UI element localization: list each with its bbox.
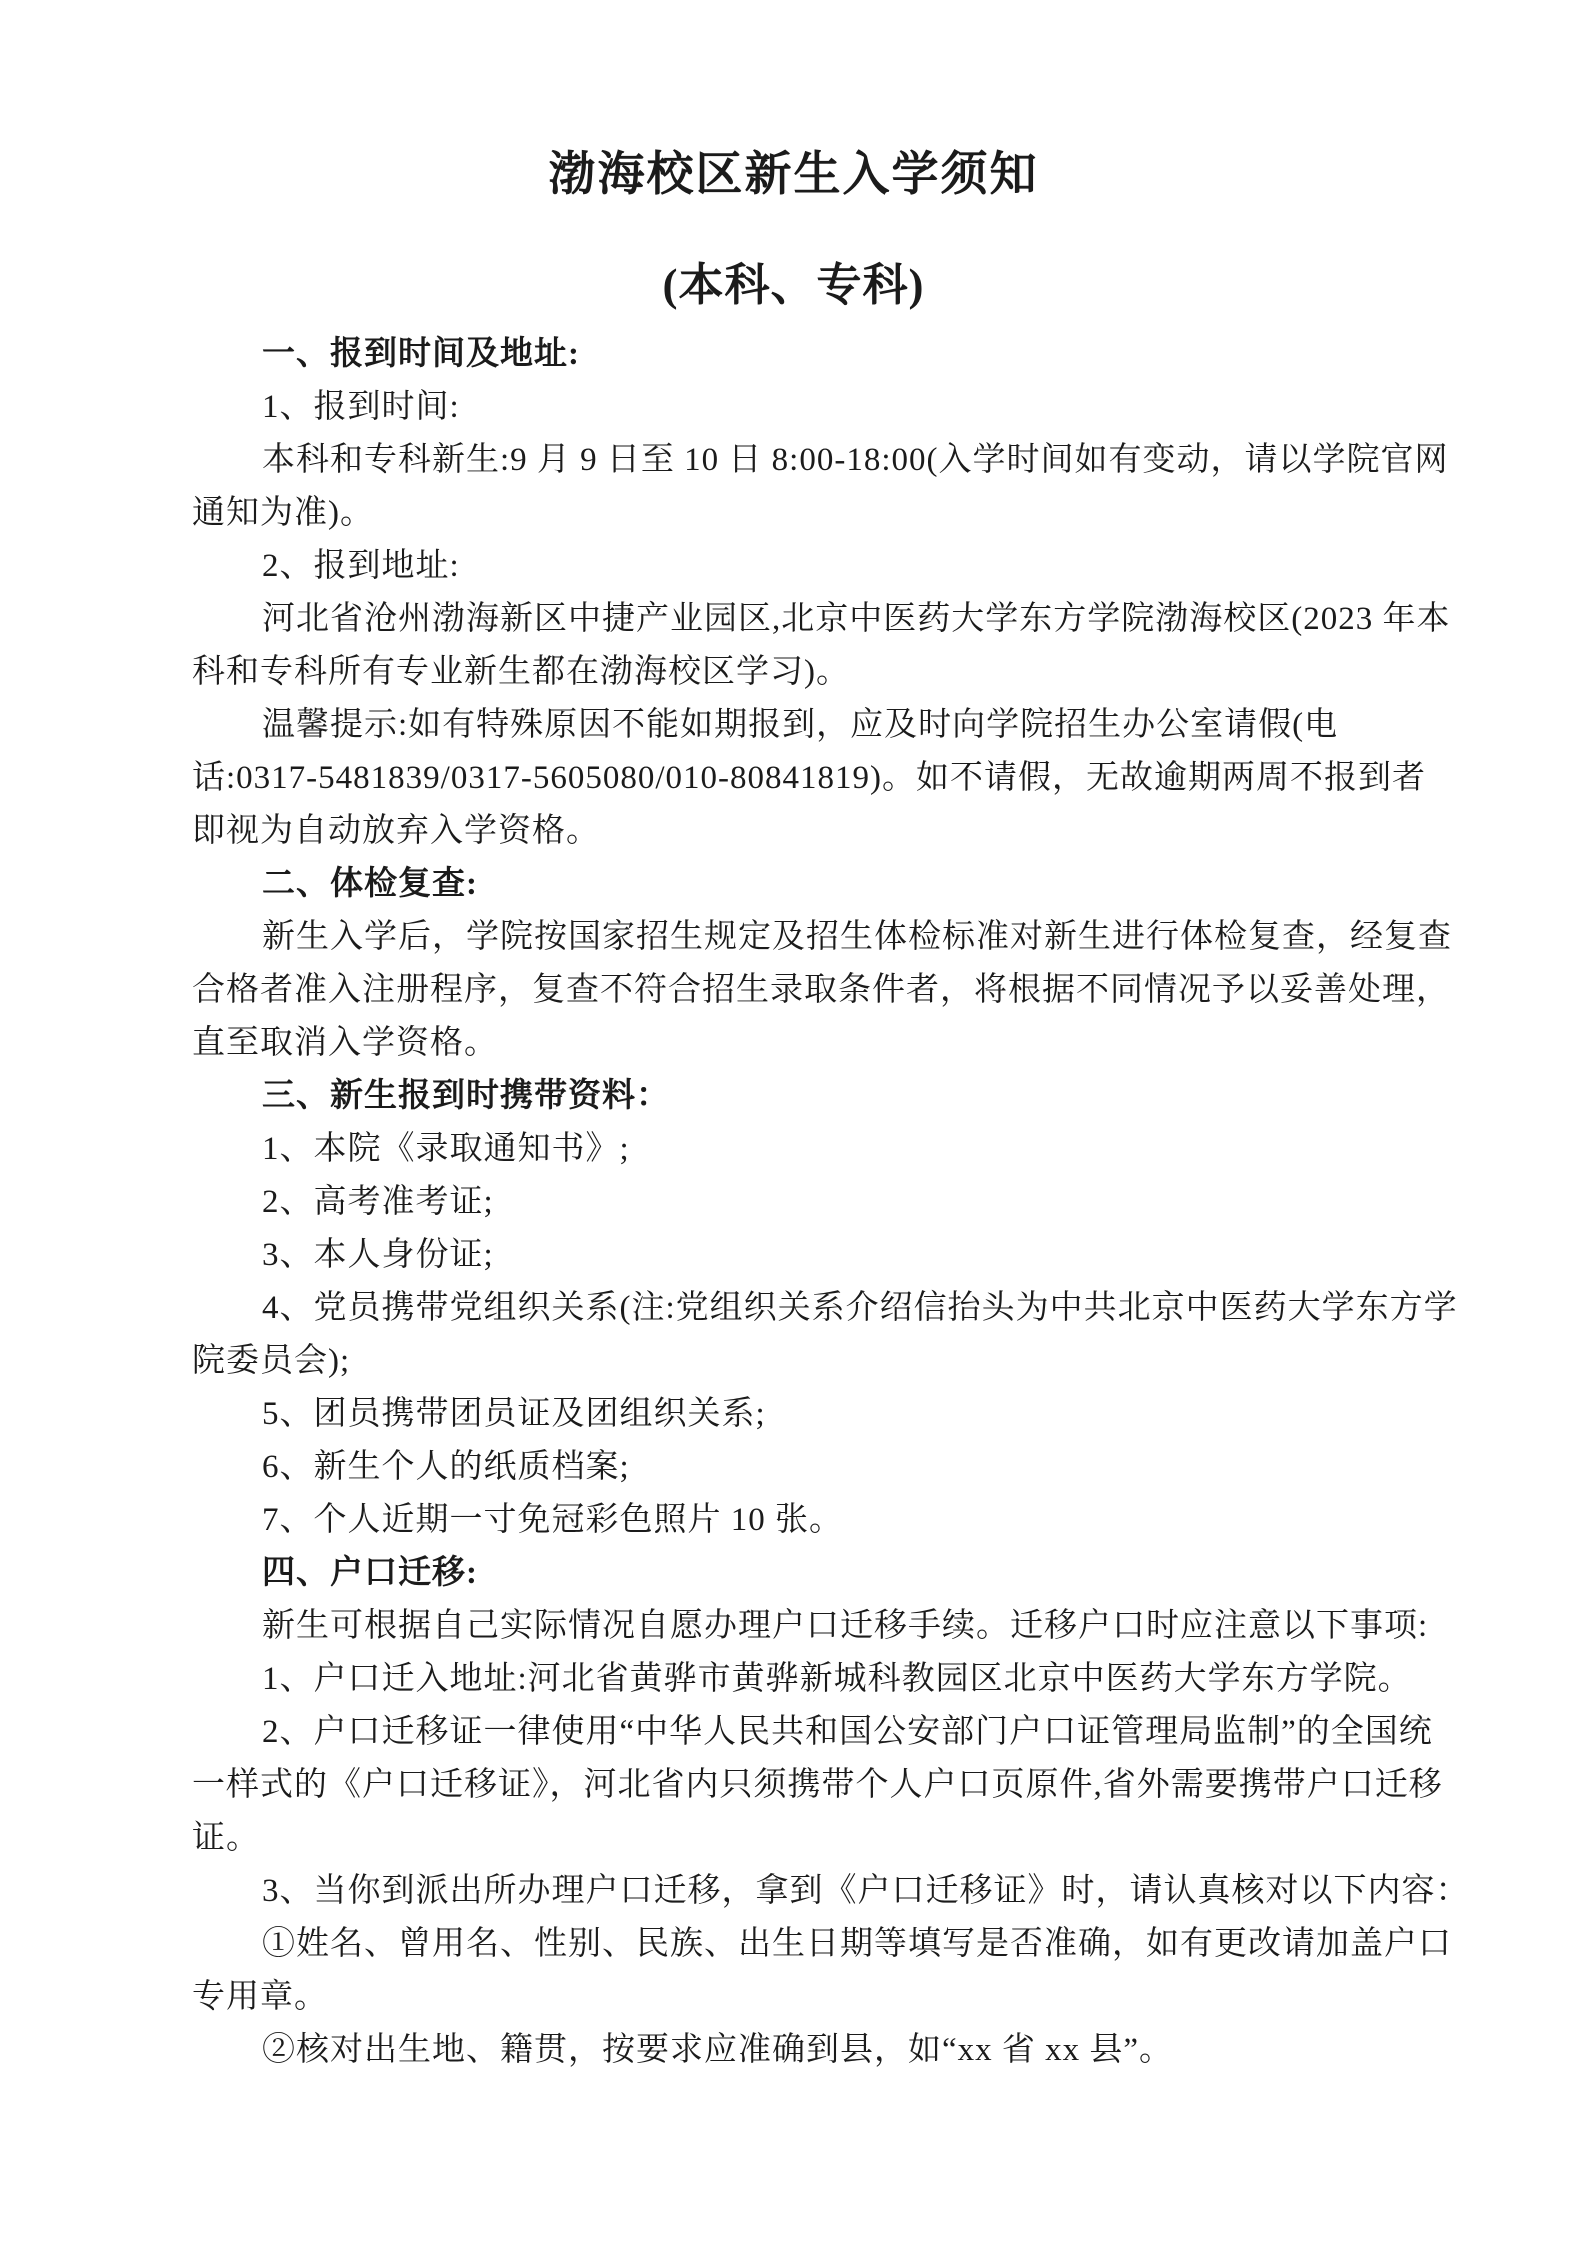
document-line: 专用章。 bbox=[192, 1971, 1472, 2024]
document-line: 三、新生报到时携带资料： bbox=[192, 1070, 1472, 1123]
document-line: ①姓名、曾用名、性别、民族、出生日期等填写是否准确，如有更改请加盖户口 bbox=[192, 1918, 1472, 1971]
document-line: 2、报到地址: bbox=[192, 540, 1472, 593]
document-line: 即视为自动放弃入学资格。 bbox=[192, 805, 1472, 858]
document-line: 证。 bbox=[192, 1812, 1472, 1865]
document-line: 科和专科所有专业新生都在渤海校区学习)。 bbox=[192, 646, 1472, 699]
document-line: 7、个人近期一寸免冠彩色照片 10 张。 bbox=[192, 1494, 1472, 1547]
document-line: 1、报到时间: bbox=[192, 381, 1472, 434]
document-line: 2、户口迁移证一律使用“中华人民共和国公安部门户口证管理局监制”的全国统 bbox=[192, 1706, 1472, 1759]
document-line: 1、本院《录取通知书》; bbox=[192, 1123, 1472, 1176]
document-page: 渤海校区新生入学须知 (本科、专科) 一、报到时间及地址:1、报到时间:本科和专… bbox=[0, 0, 1587, 2245]
document-line: 4、党员携带党组织关系(注:党组织关系介绍信抬头为中共北京中医药大学东方学 bbox=[192, 1282, 1472, 1335]
document-body: 一、报到时间及地址:1、报到时间:本科和专科新生:9 月 9 日至 10 日 8… bbox=[192, 328, 1472, 2077]
document-line: 3、当你到派出所办理户口迁移，拿到《户口迁移证》时，请认真核对以下内容： bbox=[192, 1865, 1472, 1918]
document-title: 渤海校区新生入学须知 bbox=[0, 150, 1587, 202]
document-line: 本科和专科新生:9 月 9 日至 10 日 8:00-18:00(入学时间如有变… bbox=[192, 434, 1472, 487]
document-subtitle: (本科、专科) bbox=[0, 261, 1587, 311]
document-line: 新生入学后，学院按国家招生规定及招生体检标准对新生进行体检复查，经复查 bbox=[192, 911, 1472, 964]
document-line: 3、本人身份证; bbox=[192, 1229, 1472, 1282]
document-line: 新生可根据自己实际情况自愿办理户口迁移手续。迁移户口时应注意以下事项: bbox=[192, 1600, 1472, 1653]
document-line: 1、户口迁入地址:河北省黄骅市黄骅新城科教园区北京中医药大学东方学院。 bbox=[192, 1653, 1472, 1706]
document-line: 一样式的《户口迁移证》，河北省内只须携带个人户口页原件,省外需要携带户口迁移 bbox=[192, 1759, 1472, 1812]
document-line: 2、高考准考证; bbox=[192, 1176, 1472, 1229]
document-line: 6、新生个人的纸质档案; bbox=[192, 1441, 1472, 1494]
document-line: ②核对出生地、籍贯，按要求应准确到县，如“xx 省 xx 县”。 bbox=[192, 2024, 1472, 2077]
document-line: 直至取消入学资格。 bbox=[192, 1017, 1472, 1070]
document-line: 通知为准)。 bbox=[192, 487, 1472, 540]
document-line: 温馨提示:如有特殊原因不能如期报到，应及时向学院招生办公室请假(电 bbox=[192, 699, 1472, 752]
document-line: 院委员会); bbox=[192, 1335, 1472, 1388]
document-line: 四、户口迁移: bbox=[192, 1547, 1472, 1600]
document-line: 合格者准入注册程序，复查不符合招生录取条件者，将根据不同情况予以妥善处理， bbox=[192, 964, 1472, 1017]
document-line: 一、报到时间及地址: bbox=[192, 328, 1472, 381]
document-line: 5、团员携带团员证及团组织关系; bbox=[192, 1388, 1472, 1441]
document-line: 话:0317-5481839/0317-5605080/010-80841819… bbox=[192, 752, 1472, 805]
document-line: 二、体检复查: bbox=[192, 858, 1472, 911]
document-line: 河北省沧州渤海新区中捷产业园区,北京中医药大学东方学院渤海校区(2023 年本 bbox=[192, 593, 1472, 646]
